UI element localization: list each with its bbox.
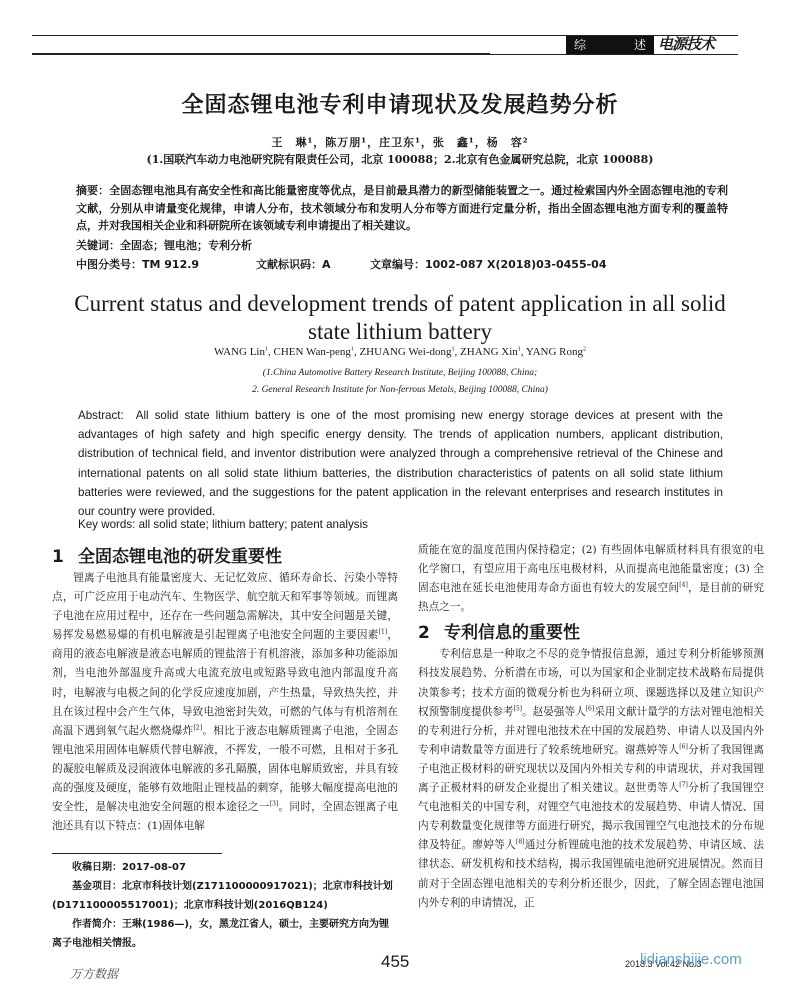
- clc-number: 中图分类号：TM 912.9: [76, 256, 199, 272]
- body-column-left: 1全固态锂电池的研发重要性 锂离子电池具有能量密度大、无记忆效应、循环寿命长、污…: [52, 545, 398, 836]
- section-1-heading: 1全固态锂电池的研发重要性: [52, 545, 398, 569]
- citation: [4]: [679, 582, 688, 589]
- body-column-right: 质能在宽的温度范围内保持稳定；(2) 有些固体电解质材料具有很宽的电化学窗口，有…: [418, 541, 764, 913]
- section-char-2: 述: [634, 36, 646, 54]
- abstract-cn-label: 摘要：: [76, 184, 109, 197]
- section-2-title: 专利信息的重要性: [444, 623, 580, 643]
- abstract-cn: 摘要：全固态锂电池具有高安全性和高比能量密度等优点，是目前最具潜力的新型储能装置…: [76, 182, 728, 235]
- affiliation-line-2: 2. General Research Institute for Non-fe…: [0, 382, 800, 399]
- keywords-cn: 关键词：全固态；锂电池；专利分析: [76, 237, 252, 253]
- footnotes: 收稿日期：2017-08-07 基金项目：北京市科技计划(Z1711000009…: [52, 858, 398, 953]
- article-number: 文章编号：1002-087 X(2018)03-0455-04: [370, 256, 606, 272]
- section-2-heading: 2专利信息的重要性: [418, 621, 764, 645]
- received-date: 收稿日期：2017-08-07: [52, 858, 398, 877]
- affiliations-en: (1.China Automotive Battery Research Ins…: [0, 365, 800, 399]
- affiliations-cn: (1.国联汽车动力电池研究院有限责任公司，北京 100088；2.北京有色金属研…: [0, 151, 800, 167]
- header-rule-top-full: [32, 35, 738, 36]
- section-2-number: 2: [418, 621, 444, 645]
- author: WANG Lin: [214, 346, 265, 358]
- citation: [2]: [194, 724, 203, 731]
- citation: [1]: [379, 629, 388, 636]
- footnote-rule: [52, 853, 222, 854]
- document-code: 文献标识码：A: [256, 256, 331, 272]
- abstract-en-text: All solid state lithium battery is one o…: [78, 409, 723, 518]
- title-cn: 全固态锂电池专利申请现状及发展趋势分析: [0, 88, 800, 119]
- authors-cn: 王 琳¹，陈万朋¹，庄卫东¹，张 鑫¹，杨 容²: [0, 134, 800, 150]
- section-1-title: 全固态锂电池的研发重要性: [78, 547, 282, 567]
- section-label: 综 述: [566, 36, 654, 54]
- funding-info: 基金项目：北京市科技计划(Z171100000917021)；北京市科技计划(D…: [52, 877, 398, 915]
- citation: [5]: [514, 705, 523, 712]
- journal-name: 电源技术: [658, 33, 738, 55]
- abstract-cn-text: 全固态锂电池具有高安全性和高比能量密度等优点，是目前最具潜力的新型储能装置之一。…: [76, 184, 728, 232]
- section-1-number: 1: [52, 545, 78, 569]
- citation: [6]: [586, 705, 595, 712]
- keywords-en: Key words: all solid state; lithium batt…: [78, 518, 368, 531]
- author: CHEN Wan-peng: [274, 346, 351, 358]
- section-char-1: 综: [574, 36, 586, 54]
- section-1-continuation: 质能在宽的温度范围内保持稳定；(2) 有些固体电解质材料具有很宽的电化学窗口，有…: [418, 541, 764, 617]
- page-number: 455: [381, 952, 409, 972]
- author: YANG Rong: [526, 346, 583, 358]
- watermark: lidianshijie.com: [640, 951, 742, 968]
- citation: [6]: [679, 743, 688, 750]
- author: ZHUANG Wei-dong: [359, 346, 451, 358]
- abstract-en-label: Abstract:: [78, 409, 124, 422]
- citation: [7]: [679, 782, 688, 789]
- affiliation-line-1: (1.China Automotive Battery Research Ins…: [0, 365, 800, 382]
- abstract-en: Abstract: All solid state lithium batter…: [78, 406, 723, 521]
- database-logo: 万方数据: [70, 965, 118, 982]
- section-2-paragraph: 专利信息是一种取之不尽的竞争情报信息源，通过专利分析能够预测科技发展趋势、分析潜…: [418, 645, 764, 912]
- author-bio: 作者简介：王琳(1986—)，女，黑龙江省人，硕士，主要研究方向为锂离子电池相关…: [52, 915, 398, 953]
- title-en: Current status and development trends of…: [60, 290, 740, 346]
- author: ZHANG Xin: [460, 346, 518, 358]
- header-rule-bottom-full: [32, 54, 738, 55]
- authors-en: WANG Lin1, CHEN Wan-peng1, ZHUANG Wei-do…: [0, 346, 800, 358]
- citation: [3]: [270, 801, 279, 808]
- section-1-paragraph: 锂离子电池具有能量密度大、无记忆效应、循环寿命长、污染小等特点，可广泛应用于电动…: [52, 569, 398, 836]
